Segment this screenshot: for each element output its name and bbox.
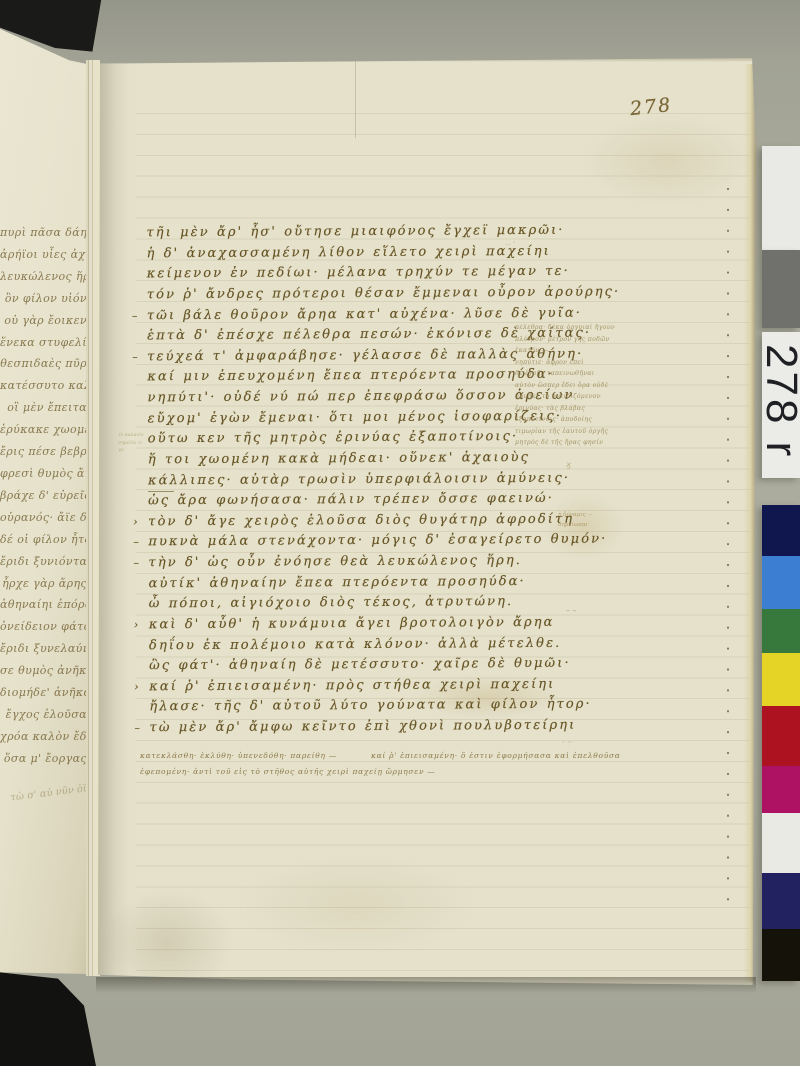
color-calibration-patch — [762, 766, 800, 813]
page-top-edge — [96, 58, 756, 62]
facing-page-fragment: ἔριδι ξυνελαύνεις — [0, 638, 90, 660]
verse-line: εὔχομ' ἐγὼν ἔμεναι· ὅτι μοι μένος ἰσοφαρ… — [148, 406, 578, 429]
calibration-gray-block — [762, 250, 800, 328]
diple-mark: – — [132, 347, 138, 368]
main-text-block: τῆι μὲν ἄρ' ἦσ' οὔτησε μιαιφόνος ἔγχεϊ μ… — [146, 221, 579, 739]
verse-line: ἤλασε· τῆς δ' αὐτοῦ λύτο γούνατα καὶ φίλ… — [149, 695, 579, 718]
verse-line: νηπύτι'· οὐδέ νύ πώ περ ἐπεφράσω ὅσσον ἀ… — [147, 386, 577, 409]
gloss-line: ἡ δύναμις — — [558, 510, 650, 520]
calibration-white-block — [762, 146, 800, 250]
page-bottom-shadow — [96, 977, 756, 993]
left-margin-note: τὸ παλαιὸνσημεῖόν τιγρ· — [118, 432, 158, 455]
color-calibration-patch — [762, 929, 800, 981]
verse-text: καί ῥ' ἐπιεισαμένη· πρὸς στήθεα χειρὶ πα… — [149, 677, 555, 694]
verse-text: ἥ τοι χωομένη κακὰ μήδεαι· οὕνεκ' ἀχαιοὺ… — [148, 450, 530, 467]
verse-line: ὣς φάτ'· ἀθηναίη δὲ μετέσσυτο· χαῖρε δὲ … — [149, 654, 579, 677]
folio-ruler-label-card: 278 r — [762, 332, 800, 478]
leaf-edges — [86, 60, 100, 976]
facing-page-fragment: ἔγχος ἑλοῦσα — [0, 704, 90, 726]
verse-text: αὐτίκ' ἀθηναίην ἔπεα πτερόεντα προσηύδα· — [149, 574, 526, 591]
manuscript-photo: πυρὶ πᾶσα δάηταιἀρήϊοι υἷες ἀχαιῶνλευκώλ… — [0, 0, 800, 1066]
verse-text: οὕτω κεν τῆς μητρὸς ἐρινύας ἐξαποτίνοις· — [148, 429, 519, 446]
scholion-segment: ἐφεπομένη· ἀντὶ τοῦ εἰς τὸ στῆθος αὐτῆς … — [140, 767, 436, 776]
color-calibration-patch — [762, 505, 800, 556]
note-line: γρ· — [118, 447, 158, 455]
scholion-line: δὲ ἐχρῆν ταπεινωθῆναι — [515, 368, 639, 380]
verse-text: ὣς φάτ'· ἀθηναίη δὲ μετέσσυτο· χαῖρε δὲ … — [149, 656, 571, 674]
stray-mark: – – — [566, 606, 577, 615]
note-line: τὸ παλαιὸν — [118, 432, 158, 440]
facing-page-fragment: ὃν φίλον υἱόν — [0, 288, 90, 310]
color-calibration-patch — [762, 706, 800, 766]
verse-text: εὔχομ' ἐγὼν ἔμεναι· ὅτι μοι μένος ἰσοφαρ… — [148, 408, 563, 426]
scholion-line: νηπύτιε· ἄφρον ἐπεὶ — [515, 357, 639, 369]
stray-mark: · ·· — [562, 738, 572, 747]
verse-line: ›καὶ δ' αὖθ' ἡ κυνάμυια ἄγει βροτολοιγὸν… — [149, 613, 579, 636]
facing-page-fragment: οὐ γὰρ ἔοικεν — [0, 310, 90, 332]
parchment-stain — [582, 116, 752, 206]
facing-page-fragment: σε θυμὸς ἀνῆκεν — [0, 660, 90, 682]
scholion-line: μητρὸς δὲ τῆς ἥρας φησίν — [515, 437, 639, 449]
scholion-line: ἑκατόν — — [515, 345, 639, 357]
verse-line: ἑπτὰ δ' ἐπέσχε πέλεθρα πεσών· ἐκόνισε δὲ… — [147, 324, 577, 347]
facing-page-fragment: πυρὶ πᾶσα δάηται — [0, 222, 90, 244]
page-fore-edge — [744, 64, 756, 982]
bottom-scholia-line: κατεκλάσθη· ἐκλύθη· ὑπενεδόθη· παρείθη —… — [140, 748, 660, 764]
verse-line: δηΐου ἐκ πολέμοιο κατὰ κλόνον· ἀλλὰ μέτε… — [149, 633, 579, 656]
folio-number: 278 — [629, 94, 673, 120]
right-margin-scholia: πέλεθρα· δέκα ὀργυιαὶ ἤγουνπλέθρον· μέτρ… — [515, 322, 639, 449]
facing-page-fragment: ἔριδι ξυνιόντας — [0, 551, 90, 573]
facing-page-fragment: ὀνείδειον φάτο μῦθον — [0, 616, 90, 638]
black-cloth-bottom-left — [0, 962, 100, 1066]
facing-page-fragment: ἀρήϊοι υἷες ἀχαιῶν — [0, 244, 90, 266]
manuscript-page-278r: 278 τῆι μὲν ἄρ' ἦσ' οὔτησε μιαιφόνος ἔγχ… — [96, 58, 756, 985]
diple-mark: – — [133, 533, 139, 554]
paragraphos-stroke — [148, 491, 174, 492]
verse-text: κείμενον ἐν πεδίωι· μέλανα τρηχύν τε μέγ… — [147, 264, 570, 282]
scholion-segment: κατεκλάσθη· ἐκλύθη· ὑπενεδόθη· παρείθη — — [140, 751, 337, 760]
verse-text: καὶ δ' αὖθ' ἡ κυνάμυια ἄγει βροτολοιγὸν … — [149, 615, 555, 632]
verse-text: δηΐου ἐκ πολέμοιο κατὰ κλόνον· ἀλλὰ μέτε… — [149, 635, 561, 653]
verse-text: πυκνὰ μάλα στενάχοντα· μόγις δ' ἐσαγείρε… — [148, 532, 607, 550]
verse-line: ›καί ῥ' ἐπιεισαμένη· πρὸς στήθεα χειρὶ π… — [149, 674, 579, 697]
color-calibration-patch — [762, 653, 800, 706]
color-calibration-patch — [762, 813, 800, 873]
diple-mark: › — [133, 512, 138, 533]
pricking-holes — [726, 186, 730, 916]
verse-line: ›τὸν δ' ἄγε χειρὸς ἑλοῦσα διὸς θυγάτηρ ἀ… — [148, 509, 578, 532]
scholion-line: πλέθρον· μέτρον γῆς ποδῶν — [515, 334, 639, 346]
facing-page-text-column: πυρὶ πᾶσα δάηταιἀρήϊοι υἷες ἀχαιῶνλευκώλ… — [0, 222, 90, 770]
scholion-segment: καί ῥ' ἐπιεισαμένη· ὅ ἐστιν ἐφορμήσασα κ… — [371, 751, 621, 760]
scholion-line: ἐρινύας· τὰς βλάβας — [515, 403, 639, 415]
verse-line: οὕτω κεν τῆς μητρὸς ἐρινύας ἐξαποτίνοις· — [148, 427, 578, 450]
verse-line: –πυκνὰ μάλα στενάχοντα· μόγις δ' ἐσαγείρ… — [148, 530, 578, 553]
verse-line: κείμενον ἐν πεδίωι· μέλανα τρηχύν τε μέγ… — [147, 262, 577, 285]
facing-page-fragment: βράχε δ' εὐρεῖα χθών — [0, 485, 90, 507]
facing-page-fragment: ἦρχε γὰρ ἄρης — [0, 573, 90, 595]
scholion-line: ἐξαποτίνοις· ἀποδοίης — [515, 414, 639, 426]
facing-page-fragment: λευκώλενος ἥρη — [0, 266, 90, 288]
scholion-line: αὐτὸν ὥσπερ ἔδει ὅρα οὐδὲ — [515, 380, 639, 392]
verse-line: –τὴν δ' ὡς οὖν ἐνόησε θεὰ λευκώλενος ἥρη… — [148, 551, 578, 574]
facing-page-fragment: ἐρύκακε χωομένη περ — [0, 419, 90, 441]
facing-page-fragment: ἀθηναίηι ἐπόρουσε — [0, 594, 90, 616]
verse-text: τὴν δ' ὡς οὖν ἐνόησε θεὰ λευκώλενος ἥρη. — [148, 553, 522, 570]
verse-text: τῶι βάλε θοῦρον ἄρηα κατ' αὐχένα· λῦσε δ… — [147, 305, 582, 323]
verse-line: ὦ πόποι, αἰγιόχοιο διὸς τέκος, ἀτρυτώνη. — [149, 592, 579, 615]
scholion-line: τιμωρίαν τῆς ἑαυτοῦ ὀργῆς — [515, 426, 639, 438]
verse-text: κάλλιπες· αὐτὰρ τρωσὶν ὑπερφιάλοισιν ἀμύ… — [148, 470, 570, 488]
verse-text: ἤλασε· τῆς δ' αὐτοῦ λύτο γούνατα καὶ φίλ… — [149, 697, 591, 715]
verse-text: καί μιν ἐπευχομένη ἔπεα πτερόεντα προσηύ… — [147, 367, 554, 384]
facing-page-fragment: δέ οἱ φίλον ἦτορ — [0, 529, 90, 551]
stray-mark: ‥ · — [505, 238, 515, 247]
diple-mark: › — [134, 677, 139, 698]
note-line: σημεῖόν τι — [118, 440, 158, 448]
diple-mark: › — [134, 615, 139, 636]
verse-line: –τεύχεά τ' ἀμφαράβησε· γέλασσε δὲ παλλὰς… — [147, 344, 577, 367]
facing-page-fragment: θεσπιδαὲς πῦρ — [0, 353, 90, 375]
verse-line: καί μιν ἐπευχομένη ἔπεα πτερόεντα προσηύ… — [147, 365, 577, 388]
verse-line: –τὼ μὲν ἄρ' ἄμφω κεῖντο ἐπὶ χθονὶ πουλυβ… — [149, 716, 579, 739]
verse-text: τὸν δ' ἄγε χειρὸς ἑλοῦσα διὸς θυγάτηρ ἀφ… — [148, 511, 574, 529]
verse-text: νηπύτι'· οὐδέ νύ πώ περ ἐπεφράσω ὅσσον ἀ… — [147, 388, 574, 406]
bottom-scholia: κατεκλάσθη· ἐκλύθη· ὑπενεδόθη· παρείθη —… — [140, 748, 660, 779]
facing-page-fragment: οἳ μὲν ἔπειτα — [0, 397, 90, 419]
verse-text: ἡ δ' ἀναχασσαμένη λίθον εἵλετο χειρὶ παχ… — [147, 243, 551, 260]
scholion-line: πέλεθρα· δέκα ὀργυιαὶ ἤγουν — [515, 322, 639, 334]
facing-page-fragment: κατέσσυτο καλὰ ῥέεθρα — [0, 375, 90, 397]
diple-mark: – — [134, 718, 140, 739]
verse-line: κάλλιπες· αὐτὰρ τρωσὶν ὑπερφιάλοισιν ἀμύ… — [148, 468, 578, 491]
facing-page-fragment: ἕνεκα στυφελίζειν — [0, 332, 90, 354]
verse-line: ἥ τοι χωομένη κακὰ μήδεαι· οὕνεκ' ἀχαιοὺ… — [148, 448, 578, 471]
verse-text: τῆι μὲν ἄρ' ἦσ' οὔτησε μιαιφόνος ἔγχεϊ μ… — [146, 223, 564, 241]
verse-text: ὡς ἄρα φωνήσασα· πάλιν τρέπεν ὄσσε φαειν… — [148, 491, 554, 508]
verse-line: ὡς ἄρα φωνήσασα· πάλιν τρέπεν ὄσσε φαειν… — [148, 489, 578, 512]
bottom-scholia-line: ἐφεπομένη· ἀντὶ τοῦ εἰς τὸ στῆθος αὐτῆς … — [140, 764, 660, 780]
verse-text: τὼ μὲν ἄρ' ἄμφω κεῖντο ἐπὶ χθονὶ πουλυβο… — [149, 718, 576, 736]
facing-page-fragment: φρεσὶ θυμὸς ἄητο — [0, 463, 90, 485]
facing-page-fragment: χρόα καλὸν ἔδαψας — [0, 726, 90, 748]
gutter-shadow — [96, 58, 130, 985]
scholion-line: συνῆκε τὸ ὀνειδιζόμενον — [515, 391, 639, 403]
color-calibration-patch — [762, 556, 800, 609]
color-calibration-patch — [762, 873, 800, 929]
color-calibration-strip — [762, 505, 800, 981]
diple-mark: – — [133, 553, 139, 574]
facing-page-fragment: ὅσα μ' ἔοργας — [0, 748, 90, 770]
stray-mark: ϗ — [566, 460, 571, 469]
crease — [355, 60, 356, 138]
facing-page-fragment: οὐρανός· ἄϊε δὲ ζεύς — [0, 507, 90, 529]
gloss-line: σημείωσαι· — [558, 520, 650, 530]
facing-page: πυρὶ πᾶσα δάηταιἀρήϊοι υἷες ἀχαιῶνλευκώλ… — [0, 26, 96, 976]
parchment-stain — [236, 854, 476, 954]
facing-page-fragment: ἔρις πέσε βεβριθυῖα — [0, 441, 90, 463]
diple-mark: – — [132, 306, 138, 327]
verse-text: τόν ῥ' ἄνδρες πρότεροι θέσαν ἔμμεναι οὖρ… — [147, 284, 620, 302]
verse-line: –τῶι βάλε θοῦρον ἄρηα κατ' αὐχένα· λῦσε … — [147, 303, 577, 326]
verse-line: αὐτίκ' ἀθηναίην ἔπεα πτερόεντα προσηύδα· — [149, 571, 579, 594]
color-calibration-patch — [762, 609, 800, 653]
folio-ruler-label: 278 r — [762, 344, 800, 474]
facing-page-fragment: διομήδε' ἀνῆκας — [0, 682, 90, 704]
verse-line: τόν ῥ' ἄνδρες πρότεροι θέσαν ἔμμεναι οὖρ… — [147, 283, 577, 306]
side-gloss: ἡ δύναμις —σημείωσαι· — [558, 510, 650, 530]
verse-text: ὦ πόποι, αἰγιόχοιο διὸς τέκος, ἀτρυτώνη. — [149, 594, 514, 611]
